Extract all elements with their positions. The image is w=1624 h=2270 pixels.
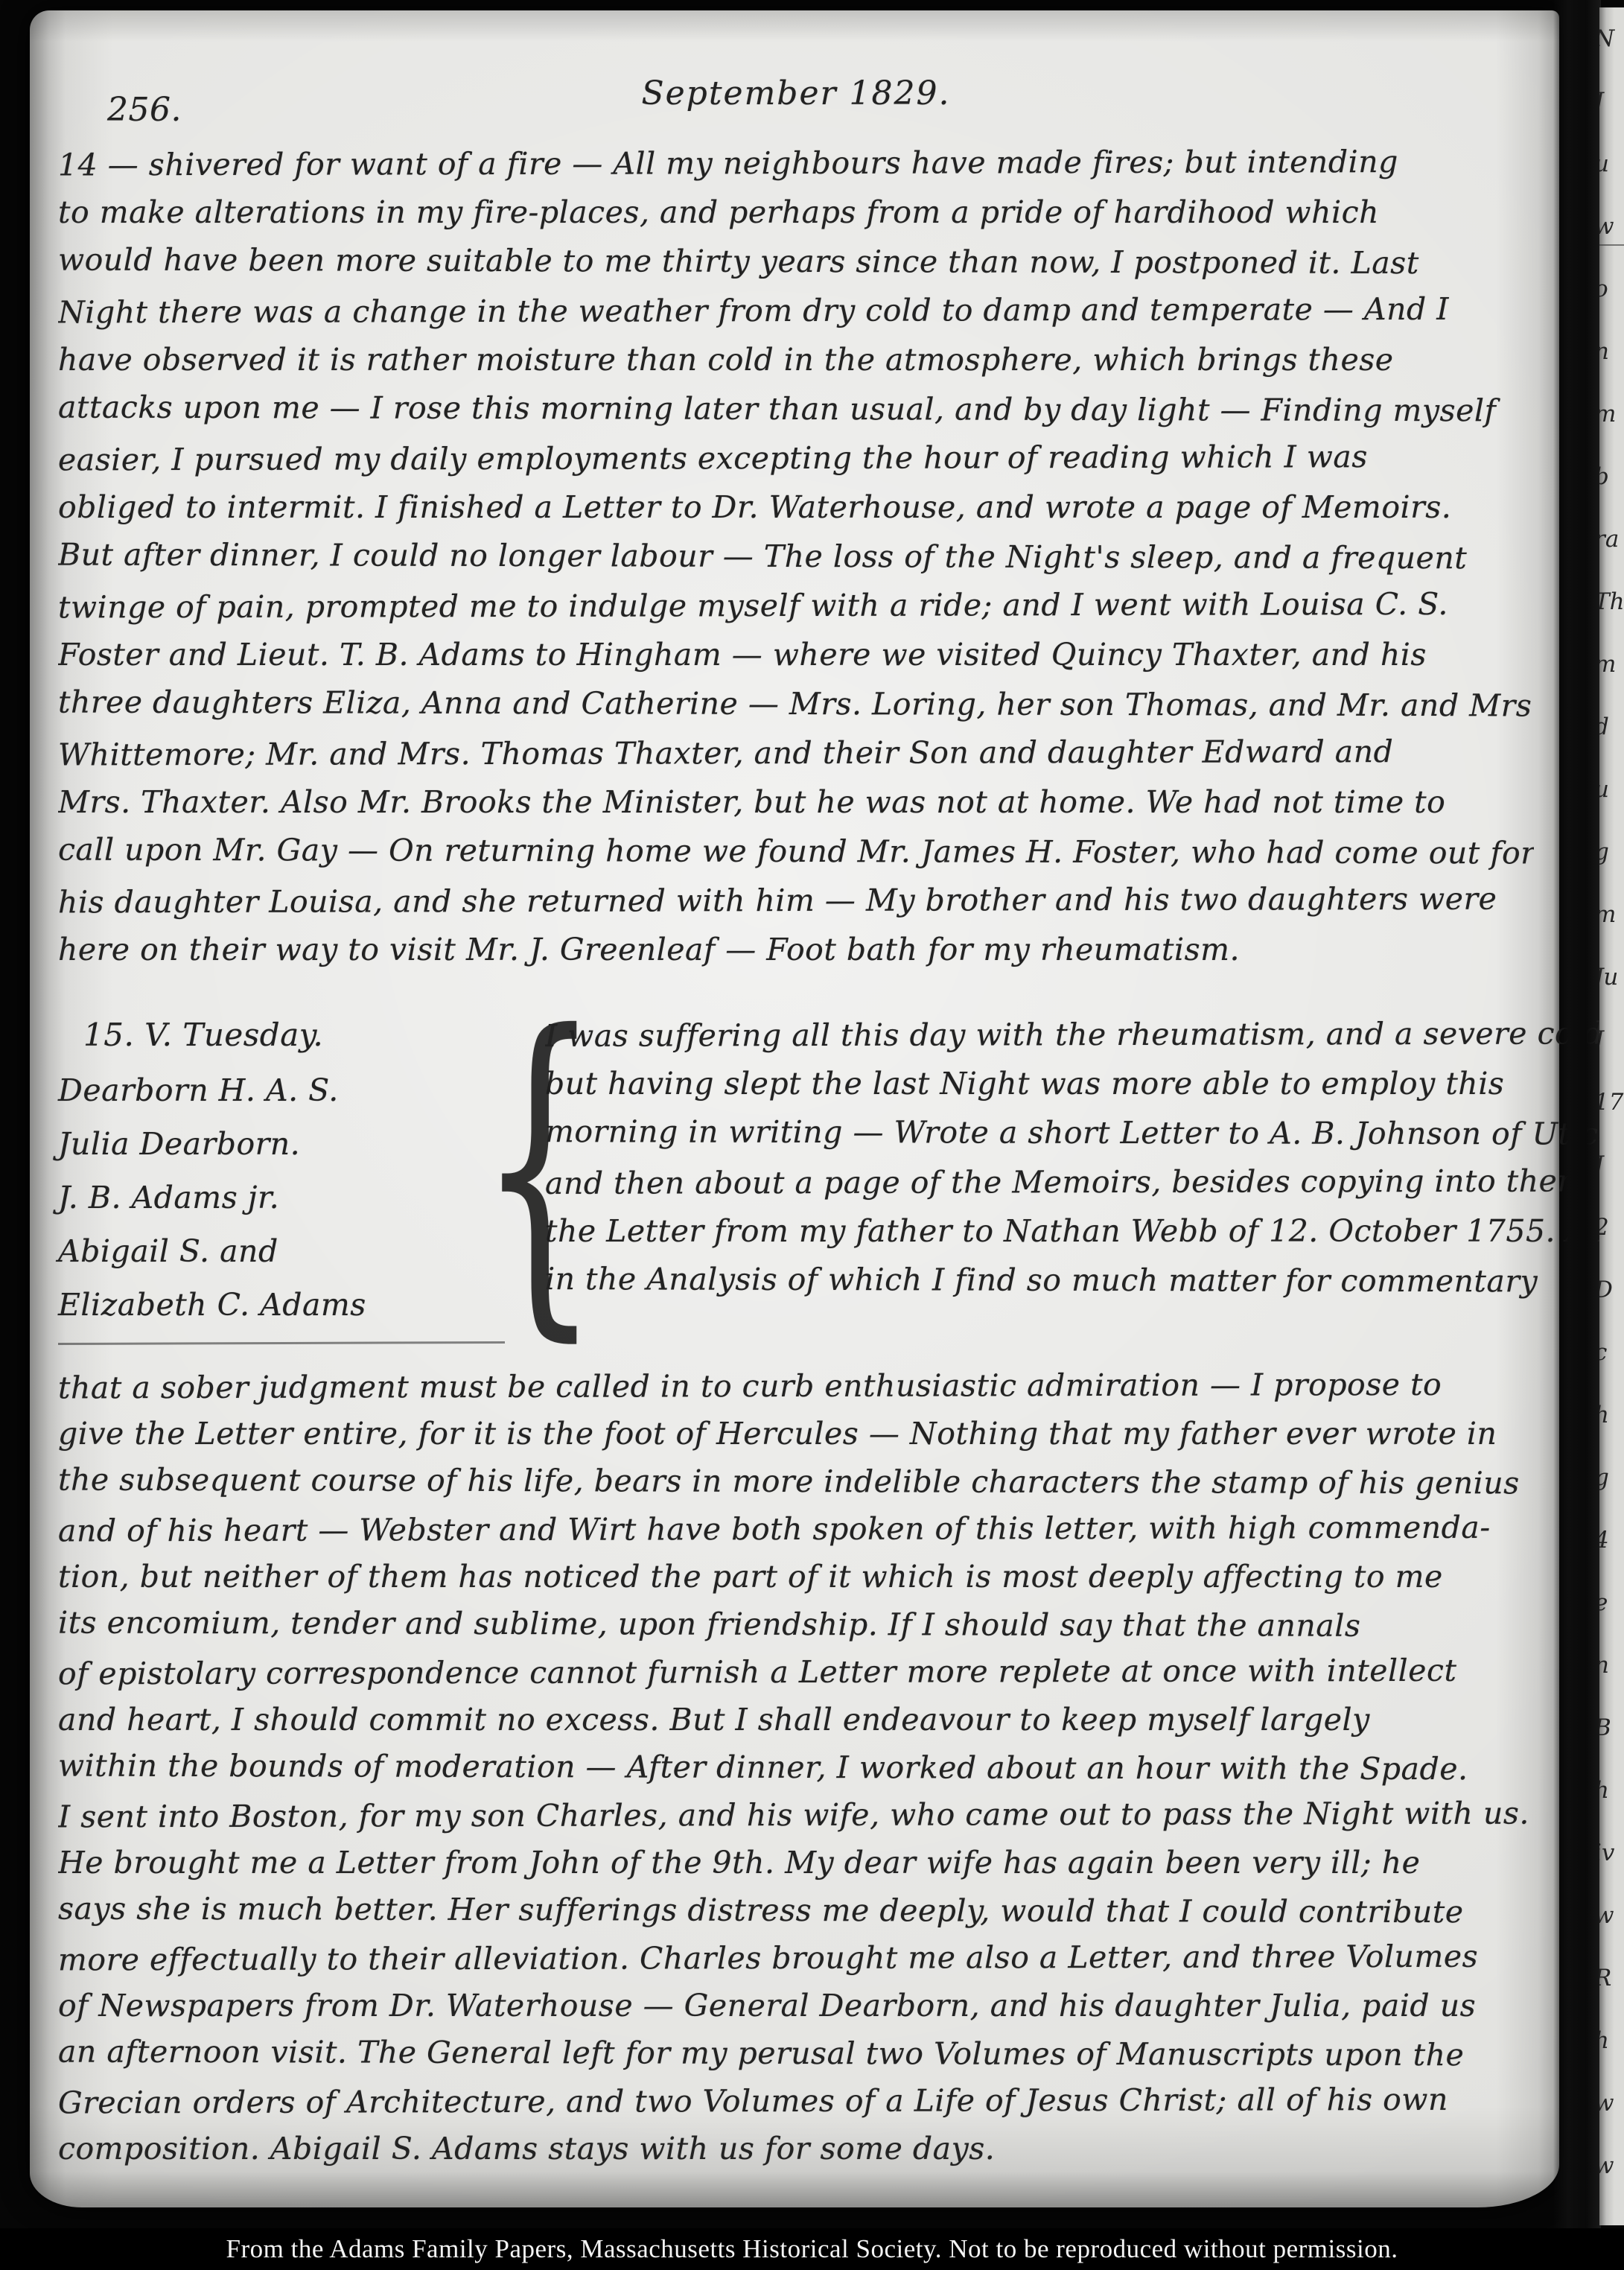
facing-page-text-fragment: u: [1599, 758, 1624, 821]
entry-14-line: three daughters Eliza, Anna and Catherin…: [58, 678, 1534, 731]
entry-15-line: I was suffering all this day with the rh…: [545, 1008, 1624, 1061]
continuation-line: an afternoon visit. The General left for…: [58, 2028, 1534, 2079]
facing-page-text-fragment: b: [1599, 445, 1624, 508]
facing-page-text-fragment: g: [1599, 1446, 1624, 1509]
caption-bar: From the Adams Family Papers, Massachuse…: [0, 2228, 1624, 2270]
entry-14-paragraph: 14 — shivered for want of a fire — All m…: [58, 139, 1534, 974]
entry-14-line: would have been more suitable to me thir…: [58, 235, 1534, 288]
entry-15-margin-column: 15. V. Tuesday. Dearborn H. A. S.Julia D…: [58, 1007, 483, 1344]
facing-page-rule-line: [1599, 244, 1624, 246]
entry-15-line: the Letter from my father to Nathan Webb…: [545, 1206, 1624, 1256]
entry-15-paragraph: I was suffering all this day with the rh…: [545, 1007, 1624, 1344]
entry-15-visitor-names: Dearborn H. A. S.Julia Dearborn.J. B. Ad…: [58, 1064, 483, 1332]
facing-page-text-fragment: B: [1599, 1697, 1624, 1759]
entry-14-line: But after dinner, I could no longer labo…: [58, 530, 1534, 583]
continuation-line: of Newspapers from Dr. Waterhouse — Gene…: [58, 1982, 1534, 2029]
entry-14-line: here on their way to visit Mr. J. Greenl…: [58, 925, 1534, 974]
facing-page-text-fragment: Ju: [1599, 946, 1624, 1008]
continuation-line: its encomium, tender and sublime, upon f…: [58, 1599, 1534, 1650]
continuation-line: composition. Abigail S. Adams stays with…: [58, 2125, 1534, 2172]
entry-14-line: Night there was a change in the weather …: [58, 284, 1534, 337]
month-year-heading: September 1829.: [58, 57, 1534, 112]
entry-14-line: obliged to intermit. I finished a Letter…: [58, 483, 1534, 532]
facing-page-text-fragment: h: [1599, 1759, 1624, 1822]
facing-page-text-fragment: e: [1599, 1571, 1624, 1634]
facing-page-text-fragment: J: [1599, 1134, 1624, 1196]
margin-brace-column: {: [483, 1007, 545, 1344]
facing-page-text-fragment: o: [1599, 258, 1624, 320]
entry-14-line: Mrs. Thaxter. Also Mr. Brooks the Minist…: [58, 778, 1534, 827]
entry-15-date-heading: 15. V. Tuesday.: [58, 1007, 483, 1064]
facing-page-text-fragment: 17: [1599, 1071, 1624, 1134]
entry-14-line: easier, I pursued my daily employments e…: [58, 432, 1534, 485]
facing-page-text-fragment: u: [1599, 133, 1624, 195]
margin-name-line: Dearborn H. A. S.: [58, 1064, 483, 1117]
margin-name-line: Elizabeth C. Adams: [58, 1278, 483, 1332]
facing-page-text-fragment: c: [1599, 1321, 1624, 1384]
margin-name-line: Julia Dearborn.: [58, 1117, 483, 1171]
facing-page-text-fragment: 4: [1599, 1509, 1624, 1571]
binding-gutter-shadow: [1553, 0, 1601, 2270]
entry-14-line: to make alterations in my fire-places, a…: [58, 188, 1534, 237]
margin-name-line: J. B. Adams jr.: [58, 1171, 483, 1224]
facing-page-text-fragment: m: [1599, 883, 1624, 946]
caption-text: From the Adams Family Papers, Massachuse…: [226, 2234, 1398, 2264]
entry-15-line: and then about a page of the Memoirs, be…: [545, 1156, 1624, 1208]
continuation-line: Grecian orders of Architecture, and two …: [58, 2076, 1534, 2127]
entry-14-line: 14 — shivered for want of a fire — All m…: [58, 137, 1534, 190]
facing-page-text-fragment: iv: [1599, 1822, 1624, 1884]
facing-page-text-fragment: J: [1599, 1008, 1624, 1071]
entry-15-continuation-paragraph: that a sober judgment must be called in …: [58, 1362, 1534, 2172]
facing-page-text-fragment: m: [1599, 633, 1624, 696]
facing-page-text-fragment: R: [1599, 1947, 1624, 2009]
facing-page-text-fragment: n: [1599, 320, 1624, 383]
facing-page-text-fragment: n: [1599, 1634, 1624, 1697]
continuation-line: tion, but neither of them has noticed th…: [58, 1553, 1534, 1600]
continuation-line: give the Letter entire, for it is the fo…: [58, 1410, 1534, 1457]
continuation-line: within the bounds of moderation — After …: [58, 1742, 1534, 1793]
page-content: 256. September 1829. 14 — shivered for w…: [30, 10, 1559, 2207]
facing-page-text-fragment: m: [1599, 383, 1624, 445]
continuation-line: I sent into Boston, for my son Charles, …: [58, 1790, 1534, 1841]
facing-page-text-fragment: 2: [1599, 1196, 1624, 1259]
entry-15-line: morning in writing — Wrote a short Lette…: [545, 1107, 1624, 1159]
facing-page-text-fragment: d: [1599, 696, 1624, 758]
continuation-line: the subsequent course of his life, bears…: [58, 1456, 1534, 1507]
facing-page-text-fragment: h: [1599, 2009, 1624, 2072]
facing-page-text-fragment: N: [1599, 7, 1624, 70]
continuation-line: of epistolary correspondence cannot furn…: [58, 1647, 1534, 1698]
continuation-line: more effectually to their alleviation. C…: [58, 1933, 1534, 1984]
facing-page-text-fragment: w: [1599, 195, 1624, 258]
continuation-line: He brought me a Letter from John of the …: [58, 1839, 1534, 1886]
continuation-line: that a sober judgment must be called in …: [58, 1361, 1534, 1412]
facing-page-text-fragment: J: [1599, 70, 1624, 133]
entry-14-line: Foster and Lieut. T. B. Adams to Hingham…: [58, 630, 1534, 679]
entry-15-block: 15. V. Tuesday. Dearborn H. A. S.Julia D…: [58, 1007, 1534, 1344]
continuation-line: says she is much better. Her sufferings …: [58, 1885, 1534, 1936]
page-header: 256. September 1829.: [58, 57, 1534, 139]
entry-14-line: his daughter Louisa, and she returned wi…: [58, 874, 1534, 927]
facing-page-text-fragment: g: [1599, 821, 1624, 883]
manuscript-scan: 256. September 1829. 14 — shivered for w…: [0, 0, 1624, 2270]
continuation-line: and of his heart — Webster and Wirt have…: [58, 1504, 1534, 1555]
facing-page-text-fragment: w: [1599, 2134, 1624, 2197]
entry-14-line: twinge of pain, prompted me to indulge m…: [58, 579, 1534, 632]
continuation-line: and heart, I should commit no excess. Bu…: [58, 1696, 1534, 1743]
facing-page-text-fragment: ra: [1599, 508, 1624, 570]
entry-15-line: but having slept the last Night was more…: [545, 1059, 1624, 1108]
facing-page-text-fragment: D: [1599, 1259, 1624, 1321]
entry-14-line: Whittemore; Mr. and Mrs. Thomas Thaxter,…: [58, 727, 1534, 780]
facing-page-text-fragment: w: [1599, 2072, 1624, 2134]
entry-15-line: in the Analysis of which I find so much …: [545, 1254, 1624, 1306]
entry-14-line: attacks upon me — I rose this morning la…: [58, 383, 1534, 436]
entry-14-line: have observed it is rather moisture than…: [58, 335, 1534, 384]
facing-page-text-fragment: w: [1599, 1884, 1624, 1947]
margin-underline: [58, 1341, 505, 1345]
entry-14-line: call upon Mr. Gay — On returning home we…: [58, 825, 1534, 878]
diary-page: 256. September 1829. 14 — shivered for w…: [30, 10, 1559, 2207]
facing-page-text-fragment: Th: [1599, 570, 1624, 633]
facing-page-edge: NJuwonmbraThmdugmJuJ17J2Dchg4enBhivwRhww: [1599, 7, 1624, 2225]
margin-name-line: Abigail S. and: [58, 1224, 483, 1278]
facing-page-text-fragment: h: [1599, 1384, 1624, 1446]
page-number: 256.: [107, 91, 182, 129]
